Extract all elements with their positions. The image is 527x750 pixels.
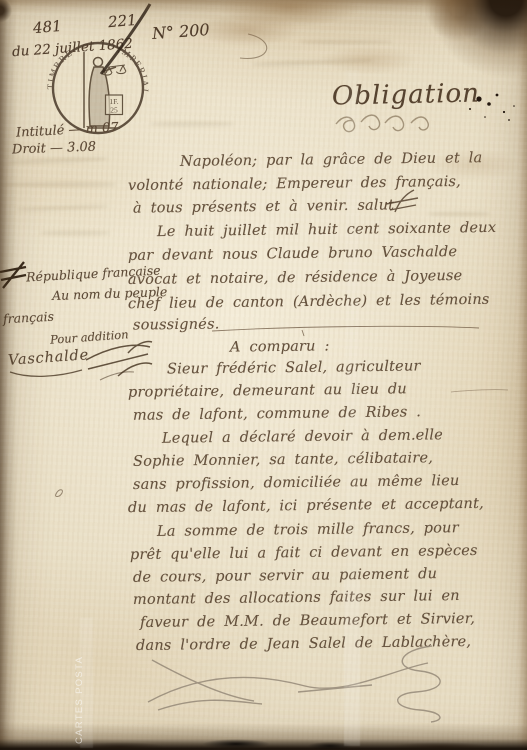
- body-line: Sieur frédéric Salel, agriculteur: [167, 358, 421, 377]
- margin-note-line-3: français: [3, 309, 55, 327]
- justice-figure-icon: 1F. 25: [84, 52, 126, 128]
- body-line: dans l'ordre de Jean Salel de Lablachère…: [136, 634, 471, 654]
- body-line: du mas de lafont, ici présente et accept…: [128, 496, 484, 516]
- body-line: Napoléon; par la grâce de Dieu et la: [180, 150, 483, 170]
- body-line: A comparu :: [230, 338, 330, 355]
- body-line: de cours, pour servir au paiement du: [133, 566, 437, 586]
- fee-line-2: Droit — 3.08: [12, 140, 97, 158]
- ghost-writing-smudge: [4, 182, 116, 187]
- body-line: montant des allocations faites sur lui e…: [133, 588, 460, 608]
- ghost-writing-smudge: [300, 40, 392, 44]
- signature-paraph: [100, 372, 134, 380]
- svg-text:IMPERIAL: IMPERIAL: [116, 44, 151, 96]
- watermark-band-center-lower: [344, 580, 360, 746]
- body-line: par devant nous Claude bruno Vaschalde: [128, 244, 457, 264]
- svg-text:TIMBRE: TIMBRE: [45, 47, 74, 89]
- ghost-writing-smudge: [150, 122, 234, 126]
- body-line: Lequel a déclaré devoir à dem.elle: [162, 427, 443, 446]
- signature-underline: [10, 370, 82, 376]
- body-line: Sophie Monnier, sa tante, célibataire,: [133, 450, 433, 470]
- margin-tick: [56, 490, 63, 497]
- ghost-writing-smudge: [16, 204, 108, 211]
- ghost-writing-smudge: [252, 58, 372, 67]
- stamp-value-bottom: 25: [110, 106, 118, 115]
- ghost-writing-smudge: [428, 212, 490, 216]
- stamp-arc-left-text: TIMBRE: [45, 47, 74, 89]
- stamp-arc-right-text: IMPERIAL: [116, 44, 151, 96]
- body-line: soussignés.: [133, 316, 220, 333]
- folio-number: N° 200: [151, 20, 210, 43]
- watermark-text: CARTES POSTA: [74, 656, 85, 744]
- body-line: chef lieu de canton (Ardèche) et les tém…: [128, 292, 490, 312]
- signature-paraph: [86, 341, 152, 376]
- body-line: sans profission, domiciliée au même lieu: [133, 473, 460, 493]
- margin-note-line-4: Pour addition: [50, 327, 129, 346]
- ghost-writing-smudge: [8, 156, 108, 164]
- fee-line-1: Intitulé — m 07: [16, 120, 119, 140]
- ghost-writing-smudge: [40, 231, 110, 235]
- crossed-number: 221: [107, 11, 137, 31]
- body-line: prêt qu'elle lui a fait ci devant en esp…: [130, 543, 478, 563]
- watermark-band-center: [346, 70, 359, 580]
- body-line: volonté nationale; Empereur des français…: [128, 174, 461, 194]
- filler-line: [451, 390, 508, 392]
- folio-flourish: [240, 34, 267, 58]
- body-line: mas de lafont, commune de Ribes .: [133, 404, 421, 424]
- body-line: avocat et notaire, de résidence à Joyeus…: [128, 268, 463, 288]
- margin-cross-mark: [0, 262, 26, 288]
- margin-signature: Vaschalde: [8, 347, 90, 369]
- manuscript-page-scan: 481 221 du 22 juillet 1862 N° 200 TIMBRE…: [0, 0, 527, 750]
- body-line: La somme de trois mille francs, pour: [157, 520, 459, 540]
- pencil-scribbles: [148, 646, 440, 722]
- body-line: faveur de M.M. de Beaumefort et Sirvier,: [140, 611, 475, 631]
- body-line: Le huit juillet mil huit cent soixante d…: [157, 220, 496, 240]
- registry-number: 481: [32, 17, 62, 37]
- body-line: propriétaire, demeurant au lieu du: [128, 381, 407, 400]
